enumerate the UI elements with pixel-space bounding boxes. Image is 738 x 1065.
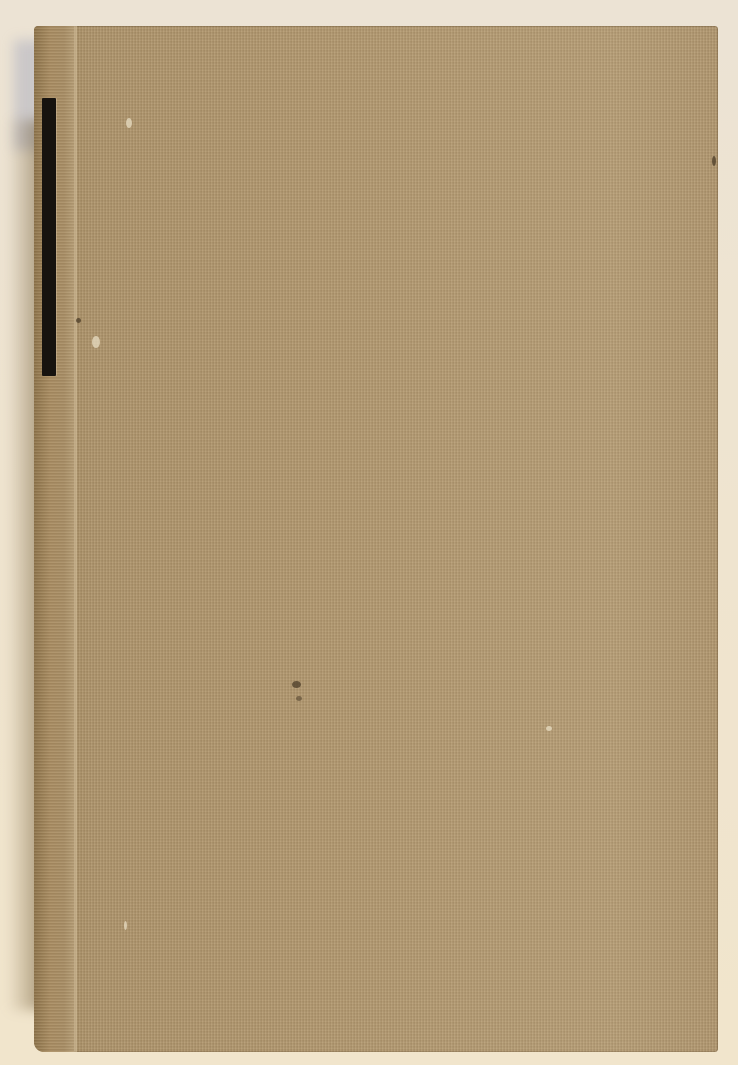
scuff-mark (126, 118, 132, 128)
book-spine-edge (34, 26, 74, 1052)
book-front-cover (34, 26, 718, 1052)
scuff-mark (124, 921, 127, 930)
cover-hinge (74, 26, 77, 1052)
stain-spot (76, 318, 81, 323)
stain-spot (292, 681, 301, 688)
scuff-mark (546, 726, 552, 731)
spine-label-band (42, 98, 56, 376)
stain-spot (712, 156, 716, 166)
scuff-mark (92, 336, 100, 348)
stain-spot (296, 696, 302, 701)
